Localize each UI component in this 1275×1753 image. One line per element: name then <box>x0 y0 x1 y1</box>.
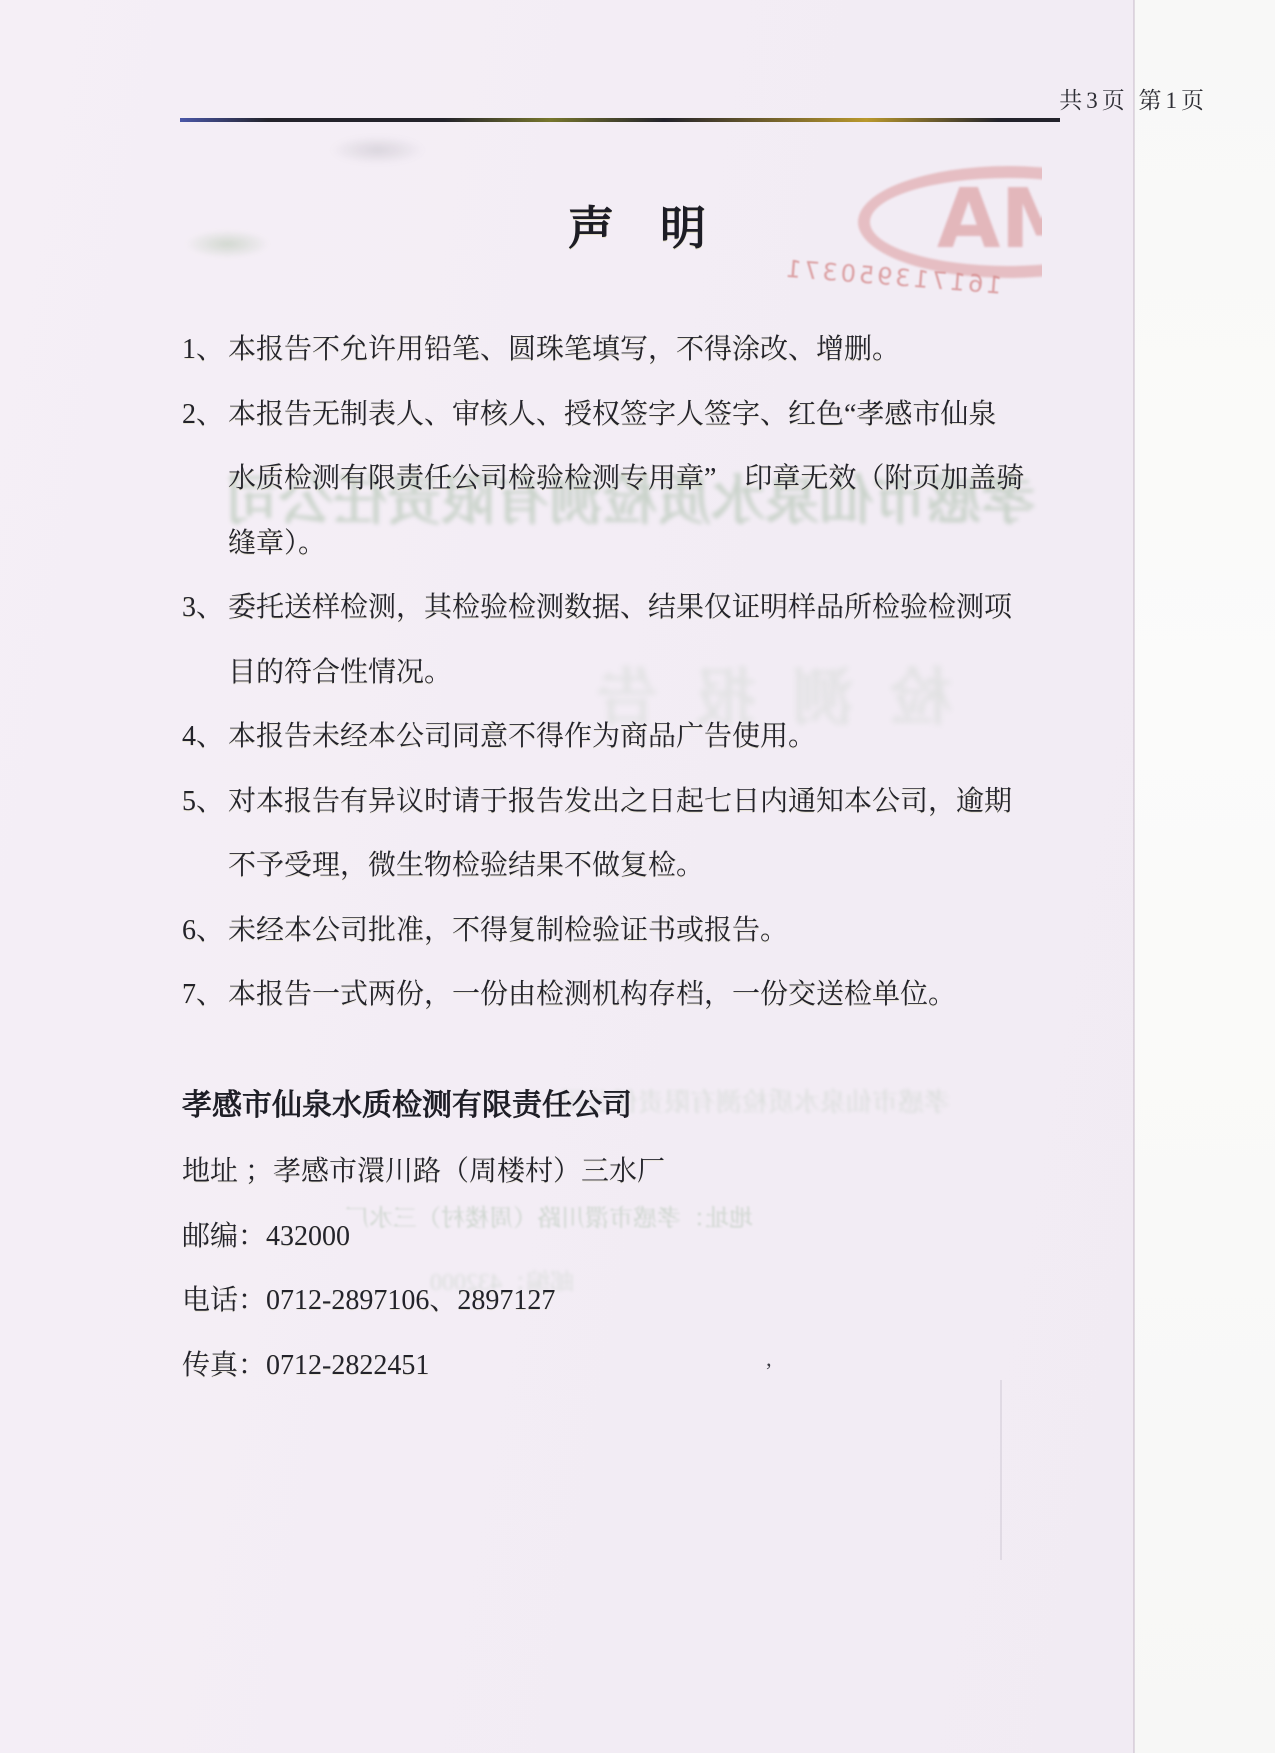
list-item-number: 4、 <box>182 705 228 770</box>
list-item-line: 3、委托送样检测，其检验检测数据、结果仅证明样品所检验检测项 <box>228 576 1108 641</box>
list-item-line: 缝章）。 <box>228 512 1108 577</box>
list-item-number: 2、 <box>182 383 228 448</box>
header-rule <box>180 118 1060 122</box>
list-item-line: 1、本报告不允许用铅笔、圆珠笔填写，不得涂改、增删。 <box>228 318 1108 383</box>
list-item-line: 2、本报告无制表人、审核人、授权签字人签字、红色“孝感市仙泉 <box>228 383 1108 448</box>
company-info-block: 孝感市仙泉水质检测有限责任公司 地址 ；孝感市澴川路（周楼村）三水厂 邮编：43… <box>182 1072 1002 1398</box>
company-name: 孝感市仙泉水质检测有限责任公司 <box>182 1072 1002 1140</box>
declaration-list: 1、本报告不允许用铅笔、圆珠笔填写，不得涂改、增删。2、本报告无制表人、审核人、… <box>182 318 1108 1028</box>
company-contact-lines: 地址 ；孝感市澴川路（周楼村）三水厂 邮编：432000 电话：0712-289… <box>182 1140 1002 1398</box>
list-item-line: 水质检测有限责任公司检验检测专用章” 印章无效（附页加盖骑 <box>228 447 1108 512</box>
list-item-line: 不予受理，微生物检验结果不做复检。 <box>228 834 1108 899</box>
list-item-number: 7、 <box>182 963 228 1028</box>
list-item-line: 4、本报告未经本公司同意不得作为商品广告使用。 <box>228 705 1108 770</box>
list-item-number: 1、 <box>182 318 228 383</box>
company-postcode: 邮编：432000 <box>182 1205 1002 1270</box>
company-fax: 传真：0712-2822451 <box>182 1334 1002 1399</box>
list-item-number: 6、 <box>182 899 228 964</box>
scanner-margin <box>1134 0 1275 1753</box>
list-item-line: 目的符合性情况。 <box>228 641 1108 706</box>
company-address: 地址 ；孝感市澴川路（周楼村）三水厂 <box>182 1140 1002 1205</box>
company-phone: 电话：0712-2897106、2897127 <box>182 1269 1002 1334</box>
scanned-page: ’ 孝感市仙泉水质检测有限责任公司 检测报告 孝感市仙泉水质检测有限责任公司 地… <box>0 0 1275 1753</box>
list-item-line: 7、本报告一式两份，一份由检测机构存档，一份交送检单位。 <box>228 963 1108 1028</box>
declaration-title: 声 明 <box>568 192 706 258</box>
list-item-number: 5、 <box>182 770 228 835</box>
list-item-line: 5、对本报告有异议时请于报告发出之日起七日内通知本公司，逾期 <box>228 770 1108 835</box>
page-number-info: 共3页 第1页 <box>1059 82 1208 115</box>
list-item-line: 6、未经本公司批准，不得复制检验证书或报告。 <box>228 899 1108 964</box>
stamp-letters: MA <box>882 172 1042 267</box>
list-item-number: 3、 <box>182 576 228 641</box>
paper-edge <box>1133 0 1135 1753</box>
fold-shadow <box>1000 1380 1002 1560</box>
